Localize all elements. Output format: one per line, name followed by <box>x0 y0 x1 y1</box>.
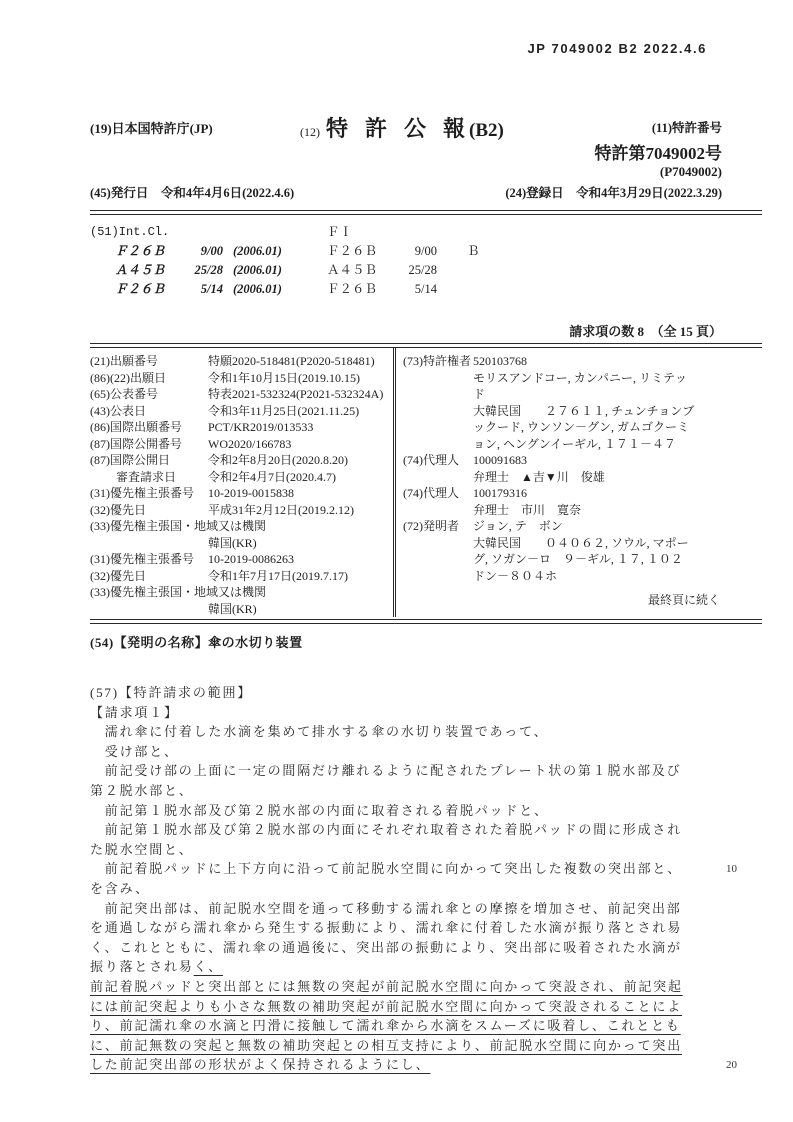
biblio-row: (43)公表日令和3年11月25日(2021.11.25) <box>90 403 393 420</box>
claim-line: 前記受け部の上面に一定の間隔だけ離れるように配されたプレート状の第１脱水部及び <box>90 761 722 781</box>
biblio-value: 大韓民国 ０４０６２, ソウル, マポー <box>473 535 722 552</box>
biblio-row: (32)優先日平成31年2月12日(2019.2.12) <box>90 502 393 519</box>
biblio-row: (74)代理人100091683 <box>403 452 722 469</box>
biblio-row: (33)優先権主張国・地域又は機関 <box>90 518 393 535</box>
claim-line: 振り落とされ易く、 <box>90 957 722 977</box>
claim-text: 前記受け部の上面に一定の間隔だけ離れるように配されたプレート状の第１脱水部及び <box>90 763 681 778</box>
ipc-number: 25/28 <box>177 261 223 280</box>
fi-class: Ｆ２６Ｂ <box>327 242 389 261</box>
claim-text: 前記着脱パッドと突出部とには無数の突起が前記脱水空間に向かって突設され、前記突起 <box>90 979 683 994</box>
biblio-right-rows: (73)特許権者520103768モリスアンドコー, カンパニー, リミテッド大… <box>403 353 722 584</box>
intcl-row: Ｆ２６Ｂ9/00(2006.01)Ｆ２６Ｂ9/00Ｂ <box>90 242 722 261</box>
issue-date: (45)発行日 令和4年4月6日(2022.4.6) <box>90 183 294 201</box>
biblio-label: (33)優先権主張国・地域又は機関 <box>90 584 266 601</box>
fi-number: 9/00 <box>389 242 467 261</box>
biblio-label: (32)優先日 <box>90 502 208 519</box>
claim-text: 濡れ傘に付着した水滴を集めて排水する傘の水切り装置であって、 <box>90 724 548 739</box>
biblio-label: (65)公表番号 <box>90 386 208 403</box>
biblio-label-spacer <box>403 469 473 486</box>
biblio-label-spacer <box>403 535 473 552</box>
claim-text: には前記突起よりも小さな無数の補助突起が前記脱水空間に向かって突設されることによ <box>90 999 682 1014</box>
fi-class: Ｆ２６Ｂ <box>327 280 389 299</box>
intcl-row: Ｆ２６Ｂ5/14(2006.01)Ｆ２６Ｂ5/14 <box>90 280 722 299</box>
patent-gazette-page: JP 7049002 B2 2022.4.6 (19)日本国特許庁(JP) (1… <box>0 0 793 1122</box>
biblio-value: 令和3年11月25日(2021.11.25) <box>208 403 393 420</box>
biblio-label-spacer <box>403 370 473 387</box>
claim-line: 受け部と、 <box>90 742 722 762</box>
biblio-row: ド <box>403 386 722 403</box>
biblio-label: (86)国際出願番号 <box>90 419 208 436</box>
claim-line: 濡れ傘に付着した水滴を集めて排水する傘の水切り装置であって、 <box>90 722 722 742</box>
biblio-label-spacer <box>403 551 473 568</box>
claims-body: (57)【特許請求の範囲】【請求項１】 濡れ傘に付着した水滴を集めて排水する傘の… <box>90 683 722 1075</box>
biblio-label-spacer <box>403 403 473 420</box>
biblio-value: 弁理士 ▲吉▼川 俊雄 <box>473 469 722 486</box>
claim-text: く、これとともに、濡れ傘の通過後に、突出部の振動により、突出部に吸着された水滴が <box>90 940 682 955</box>
biblio-row: 審査請求日令和2年4月7日(2020.4.7) <box>90 469 393 486</box>
registration-date: (24)登録日 令和4年3月29日(2022.3.29) <box>505 183 722 201</box>
fi-label: ＦＩ <box>327 223 352 242</box>
biblio-row: (86)(22)出願日令和1年10月15日(2019.10.15) <box>90 370 393 387</box>
continued-on-last-page-note: 最終頁に続く <box>403 591 722 608</box>
biblio-value: WO2020/166783 <box>208 436 393 453</box>
biblio-row: 韓国(KR) <box>90 535 393 552</box>
document-kind: (12) 特許公報 (B2) <box>300 112 652 143</box>
invention-title-line: (54)【発明の名称】傘の水切り装置 <box>90 632 722 651</box>
biblio-value: 弁理士 市川 寛奈 <box>473 502 722 519</box>
biblio-label-spacer <box>403 386 473 403</box>
claim-line: を通過しながら濡れ傘から発生する振動により、濡れ傘に付着した水滴が振り落とされ易 <box>90 918 722 938</box>
biblio-row: グ, ソガン－ロ ９－ギル, １７, １０２ <box>403 551 722 568</box>
margin-line-number: 20 <box>726 1056 737 1076</box>
claim-text: (57)【特許請求の範囲】 <box>90 685 252 700</box>
intcl-section: (51)Int.Cl. ＦＩ Ｆ２６Ｂ9/00(2006.01)Ｆ２６Ｂ9/00… <box>90 223 722 299</box>
biblio-value: グ, ソガン－ロ ９－ギル, １７, １０２ <box>473 551 722 568</box>
claims-count: 請求項の数 8 （全 15 頁） <box>90 323 722 341</box>
intcl-label: (51)Int.Cl. <box>90 223 169 242</box>
biblio-label: (86)(22)出願日 <box>90 370 208 387</box>
biblio-label: (72)発明者 <box>403 518 473 535</box>
biblio-label-spacer <box>90 601 208 618</box>
biblio-row: ックード, ウンソン－グン, ガムゴクーミ <box>403 419 722 436</box>
biblio-right-column: (73)特許権者520103768モリスアンドコー, カンパニー, リミテッド大… <box>393 348 722 617</box>
biblio-label: (73)特許権者 <box>403 353 473 370</box>
biblio-row: 大韓民国 ０４０６２, ソウル, マポー <box>403 535 722 552</box>
intcl-row: Ａ４５Ｂ25/28(2006.01)Ａ４５Ｂ25/28 <box>90 261 722 280</box>
ipc-class: Ａ４５Ｂ <box>115 261 177 280</box>
biblio-value: 520103768 <box>473 353 722 370</box>
kind-code-number: (12) <box>300 125 320 140</box>
ipc-version: (2006.01) <box>223 261 327 280</box>
ipc-version: (2006.01) <box>223 242 327 261</box>
biblio-row: (21)出願番号特願2020-518481(P2020-518481) <box>90 353 393 370</box>
biblio-value: 100091683 <box>473 452 722 469</box>
biblio-label: (87)国際公開番号 <box>90 436 208 453</box>
ipc-number: 9/00 <box>177 242 223 261</box>
biblio-row: 大韓民国 ２７６１１, チュンチョンブ <box>403 403 722 420</box>
claim-text: 振り落とされ易 <box>90 959 194 974</box>
biblio-row: 韓国(KR) <box>90 601 393 618</box>
claim-line: 第２脱水部と、 <box>90 781 722 801</box>
claim-line: 前記着脱パッドと突出部とには無数の突起が前記脱水空間に向かって突設され、前記突起 <box>90 977 722 997</box>
biblio-value: 100179316 <box>473 485 722 502</box>
biblio-row: (65)公表番号特表2021-532324(P2021-532324A) <box>90 386 393 403</box>
biblio-value: 10-2019-0086263 <box>208 551 393 568</box>
claim-line: を含み、 <box>90 879 722 899</box>
biblio-row: (87)国際公開日令和2年8月20日(2020.8.20) <box>90 452 393 469</box>
biblio-value: 令和1年7月17日(2019.7.17) <box>208 568 393 585</box>
biblio-row: モリスアンドコー, カンパニー, リミテッ <box>403 370 722 387</box>
fi-subclass: Ｂ <box>467 242 722 261</box>
biblio-label: (21)出願番号 <box>90 353 208 370</box>
claim-text: 前記着脱パッドに上下方向に沿って前記脱水空間に向かって突出した複数の突出部と、 <box>90 861 682 876</box>
claim-line: り、前記濡れ傘の水滴と円滑に接触して濡れ傘から水滴をスムーズに吸着し、これととも <box>90 1016 722 1036</box>
biblio-value: PCT/KR2019/013533 <box>208 419 393 436</box>
biblio-row: (73)特許権者520103768 <box>403 353 722 370</box>
biblio-row: (32)優先日令和1年7月17日(2019.7.17) <box>90 568 393 585</box>
double-rule <box>90 619 762 624</box>
biblio-row: (31)優先権主張番号10-2019-0015838 <box>90 485 393 502</box>
patent-number-label: (11)特許番号 <box>652 112 722 136</box>
biblio-value: ドン－８０４ホ <box>473 568 722 585</box>
biblio-label-spacer <box>90 535 208 552</box>
claim-line: 前記突出部は、前記脱水空間を通って移動する濡れ傘との摩擦を増加させ、前記突出部 <box>90 899 722 919</box>
biblio-value: 平成31年2月12日(2019.2.12) <box>208 502 393 519</box>
biblio-value: 韓国(KR) <box>208 601 393 618</box>
claim-text: 第２脱水部と、 <box>90 783 194 798</box>
ipc-version: (2006.01) <box>223 280 327 299</box>
biblio-row: (87)国際公開番号WO2020/166783 <box>90 436 393 453</box>
biblio-value: ョン, ヘングンイーギル, １７１－４７ <box>473 436 722 453</box>
biblio-value: ド <box>473 386 722 403</box>
title-block: (19)日本国特許庁(JP) (12) 特許公報 (B2) (11)特許番号 <box>90 112 722 143</box>
claim-line: く、これとともに、濡れ傘の通過後に、突出部の振動により、突出部に吸着された水滴が <box>90 938 722 958</box>
biblio-value: 特願2020-518481(P2020-518481) <box>208 353 393 370</box>
biblio-row: (74)代理人100179316 <box>403 485 722 502</box>
biblio-row: ドン－８０４ホ <box>403 568 722 585</box>
ipc-class: Ｆ２６Ｂ <box>115 242 177 261</box>
margin-line-number: 10 <box>726 860 737 880</box>
claim-text: た脱水空間と、 <box>90 842 194 857</box>
biblio-row: (31)優先権主張番号10-2019-0086263 <box>90 551 393 568</box>
claim-text: に、前記無数の突起と無数の補助突起との相互支持により、前記脱水空間に向かって突出 <box>90 1038 682 1053</box>
fi-number: 25/28 <box>389 261 467 280</box>
biblio-label: (74)代理人 <box>403 485 473 502</box>
biblio-label: (31)優先権主張番号 <box>90 551 208 568</box>
claim-line: した前記突出部の形状がよく保持されるようにし、20 <box>90 1055 722 1075</box>
biblio-label-spacer <box>403 436 473 453</box>
kind-code-suffix: (B2) <box>469 120 504 142</box>
biblio-value: 特表2021-532324(P2021-532324A) <box>208 386 393 403</box>
biblio-value: 令和1年10月15日(2019.10.15) <box>208 370 393 387</box>
invention-title: 傘の水切り装置 <box>208 635 303 650</box>
claim-text: を通過しながら濡れ傘から発生する振動により、濡れ傘に付着した水滴が振り落とされ易 <box>90 920 682 935</box>
biblio-value: 令和2年8月20日(2020.8.20) <box>208 452 393 469</box>
patent-number: 特許第7049002号 <box>90 144 722 164</box>
intcl-header: (51)Int.Cl. <box>90 223 722 242</box>
claim-text: く、 <box>194 959 223 974</box>
biblio-value: 10-2019-0015838 <box>208 485 393 502</box>
biblio-label: (32)優先日 <box>90 568 208 585</box>
bibliographic-table: (21)出願番号特願2020-518481(P2020-518481)(86)(… <box>90 348 722 617</box>
biblio-label: 審査請求日 <box>90 469 208 486</box>
biblio-label: (31)優先権主張番号 <box>90 485 208 502</box>
invention-title-label: (54)【発明の名称】 <box>90 635 208 650</box>
biblio-row: 弁理士 市川 寛奈 <box>403 502 722 519</box>
biblio-row: (33)優先権主張国・地域又は機関 <box>90 584 393 601</box>
patent-office-label: (19)日本国特許庁(JP) <box>90 112 300 137</box>
ipc-number: 5/14 <box>177 280 223 299</box>
fi-subclass <box>467 280 722 299</box>
claim-text: した前記突出部の形状がよく保持されるようにし、 <box>90 1057 430 1072</box>
intcl-rows: Ｆ２６Ｂ9/00(2006.01)Ｆ２６Ｂ9/00ＢＡ４５Ｂ25/28(2006… <box>90 242 722 299</box>
biblio-value: モリスアンドコー, カンパニー, リミテッ <box>473 370 722 387</box>
claim-line: 前記第１脱水部及び第２脱水部の内面に取着される着脱パッドと、 <box>90 801 722 821</box>
claim-line: 前記着脱パッドに上下方向に沿って前記脱水空間に向かって突出した複数の突出部と、1… <box>90 859 722 879</box>
claim-line: た脱水空間と、 <box>90 840 722 860</box>
claim-line: 前記第１脱水部及び第２脱水部の内面にそれぞれ取着された着脱パッドの間に形成され <box>90 820 722 840</box>
biblio-label: (74)代理人 <box>403 452 473 469</box>
patent-number-paren: (P7049002) <box>90 164 722 180</box>
ipc-class: Ｆ２６Ｂ <box>115 280 177 299</box>
dates-row: (45)発行日 令和4年4月6日(2022.4.6) (24)登録日 令和4年3… <box>90 183 722 201</box>
claim-text: を含み、 <box>90 881 150 896</box>
fi-number: 5/14 <box>389 280 467 299</box>
biblio-value: ジョン, テ ボン <box>473 518 722 535</box>
claim-text: 受け部と、 <box>90 744 179 759</box>
claim-line: には前記突起よりも小さな無数の補助突起が前記脱水空間に向かって突設されることによ <box>90 997 722 1017</box>
biblio-label-spacer <box>403 502 473 519</box>
biblio-row: (72)発明者ジョン, テ ボン <box>403 518 722 535</box>
gazette-title: 特許公報 <box>326 112 482 143</box>
biblio-row: ョン, ヘングンイーギル, １７１－４７ <box>403 436 722 453</box>
biblio-value: 韓国(KR) <box>208 535 393 552</box>
biblio-label: (33)優先権主張国・地域又は機関 <box>90 518 266 535</box>
fi-class: Ａ４５Ｂ <box>327 261 389 280</box>
biblio-row: (86)国際出願番号PCT/KR2019/013533 <box>90 419 393 436</box>
claim-text: 【請求項１】 <box>90 705 179 720</box>
biblio-label: (87)国際公開日 <box>90 452 208 469</box>
biblio-value: 令和2年4月7日(2020.4.7) <box>208 469 393 486</box>
biblio-label-spacer <box>403 419 473 436</box>
claim-text: 前記第１脱水部及び第２脱水部の内面に取着される着脱パッドと、 <box>90 803 549 818</box>
claim-text: 前記突出部は、前記脱水空間を通って移動する濡れ傘との摩擦を増加させ、前記突出部 <box>90 901 682 916</box>
biblio-label-spacer <box>403 568 473 585</box>
claim-text: り、前記濡れ傘の水滴と円滑に接触して濡れ傘から水滴をスムーズに吸着し、これととも <box>90 1018 681 1033</box>
claim-text: 前記第１脱水部及び第２脱水部の内面にそれぞれ取着された着脱パッドの間に形成され <box>90 822 682 837</box>
page-content: (19)日本国特許庁(JP) (12) 特許公報 (B2) (11)特許番号 特… <box>90 0 722 1075</box>
biblio-value: ックード, ウンソン－グン, ガムゴクーミ <box>473 419 722 436</box>
claim-line: 【請求項１】 <box>90 703 722 723</box>
biblio-label: (43)公表日 <box>90 403 208 420</box>
biblio-row: 弁理士 ▲吉▼川 俊雄 <box>403 469 722 486</box>
biblio-value: 大韓民国 ２７６１１, チュンチョンブ <box>473 403 722 420</box>
claim-line: (57)【特許請求の範囲】 <box>90 683 722 703</box>
biblio-left-column: (21)出願番号特願2020-518481(P2020-518481)(86)(… <box>90 348 393 617</box>
claim-line: に、前記無数の突起と無数の補助突起との相互支持により、前記脱水空間に向かって突出 <box>90 1036 722 1056</box>
double-rule <box>90 210 762 215</box>
fi-subclass <box>467 261 722 280</box>
